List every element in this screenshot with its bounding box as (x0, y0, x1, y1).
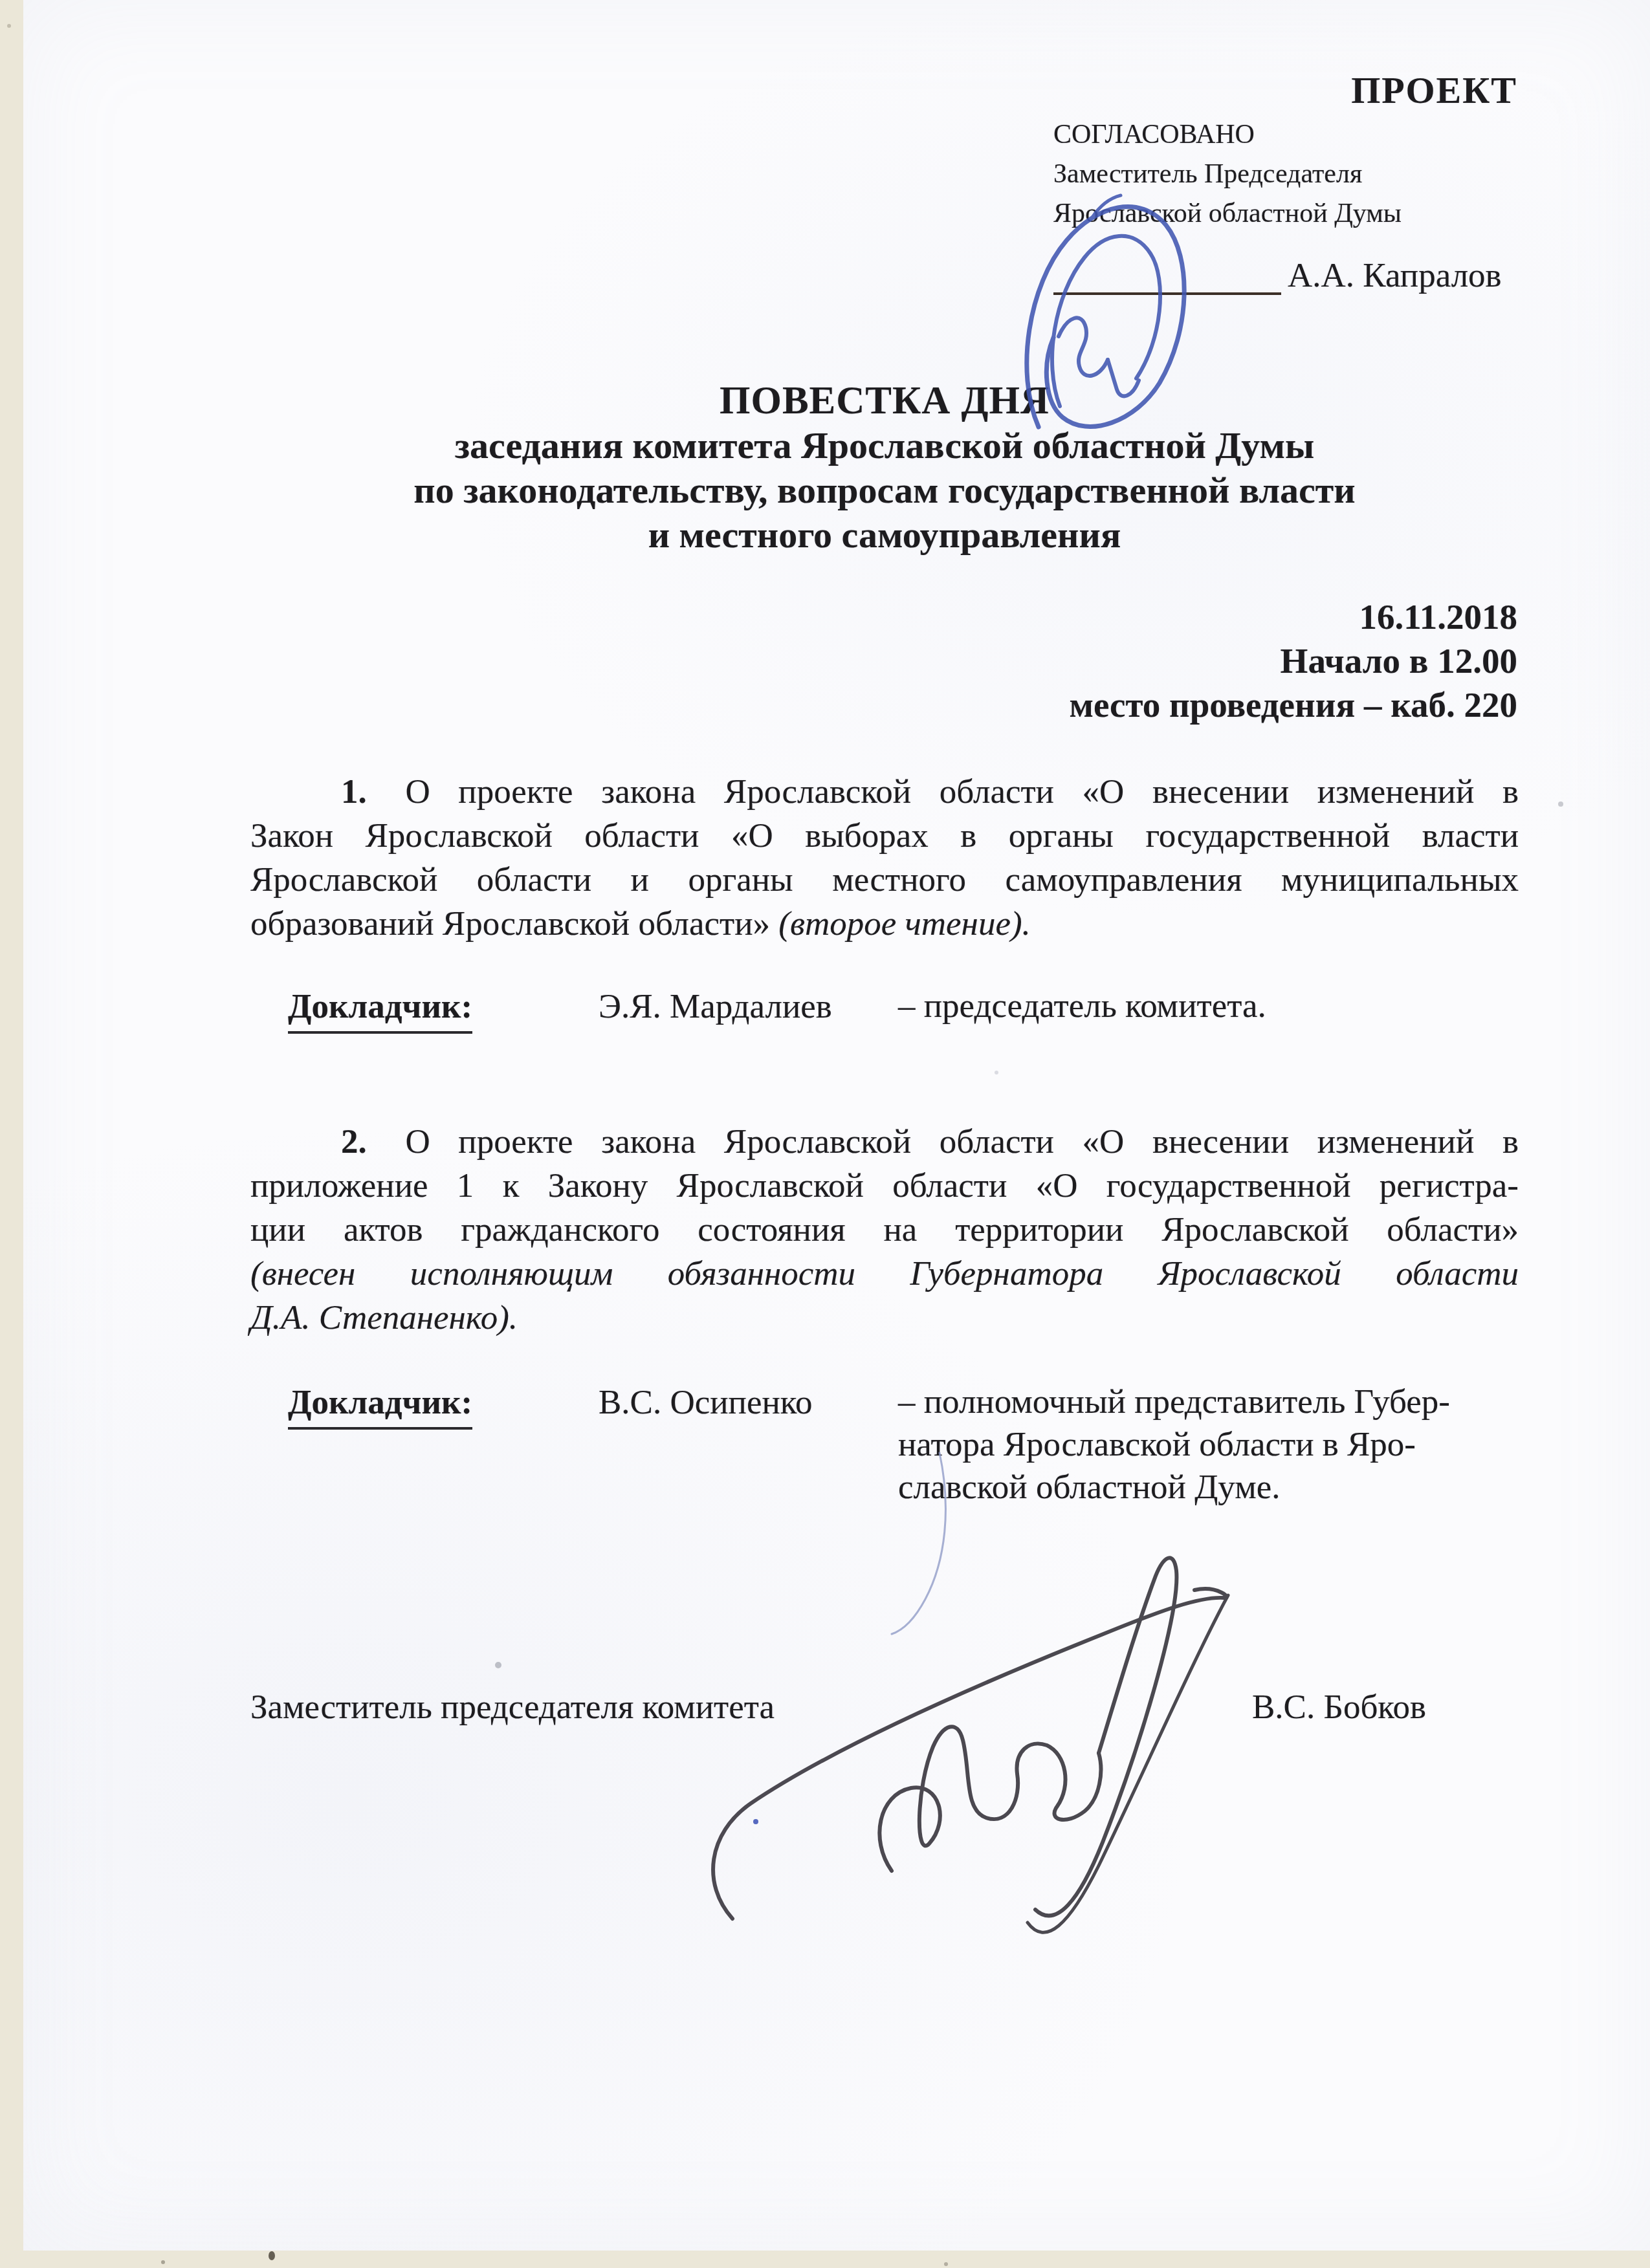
approver-title-line: Ярославской областной Думы (1053, 194, 1402, 234)
agenda-item-2: 2. О проекте закона Ярославской области … (250, 1120, 1519, 1340)
approver-title-line: Заместитель Председателя (1053, 155, 1402, 194)
approval-block: СОГЛАСОВАНО Заместитель Председателя Яро… (1053, 115, 1402, 234)
item-number: 2. (341, 1123, 367, 1161)
meeting-date: 16.11.2018 (1069, 595, 1517, 639)
item-note-line: Д.А. Степаненко). (250, 1296, 1519, 1340)
agenda-title-line: по законодательству, вопросам государств… (250, 468, 1519, 512)
item-text-line: 2. О проекте закона Ярославской области … (250, 1120, 1519, 1164)
speaker-role-line: славской областной Думе. (898, 1466, 1539, 1509)
item-text-line: Ярославской области и органы местного са… (250, 858, 1519, 902)
speaker-role-line: – полномочный представитель Губер- (898, 1380, 1539, 1423)
item-text-line: Закон Ярославской области «О выборах в о… (250, 814, 1519, 858)
scanned-document: ПРОЕКТ СОГЛАСОВАНО Заместитель Председат… (0, 0, 1650, 2268)
approval-status: СОГЛАСОВАНО (1053, 115, 1402, 155)
agenda-title-line: и местного самоуправления (250, 512, 1519, 557)
item-text-line: образований Ярославской области» (второе… (250, 902, 1519, 946)
footer-signer-name: В.С. Бобков (1252, 1685, 1426, 1729)
speaker-role-line: натора Ярославской области в Яро- (898, 1423, 1539, 1466)
meeting-time: Начало в 12.00 (1069, 639, 1517, 683)
item-note-line: (внесен исполняющим обязанности Губернат… (250, 1252, 1519, 1296)
agenda-item-1: 1. О проекте закона Ярославской области … (250, 770, 1519, 946)
speaker-label: Докладчик: (288, 1380, 472, 1430)
footer-signer-title: Заместитель председателя комитета (250, 1685, 775, 1729)
item-text-line: ции актов гражданского состояния на терр… (250, 1208, 1519, 1252)
speaker-name: В.С. Осипенко (599, 1380, 812, 1424)
approver-name: А.А. Капралов (1288, 254, 1502, 298)
speaker-role: – председатель комитета. (898, 985, 1539, 1027)
speaker-name: Э.Я. Мардалиев (599, 985, 832, 1029)
speaker-role: – полномочный представитель Губер- натор… (898, 1380, 1539, 1509)
item-number: 1. (341, 773, 367, 811)
meeting-place: место проведения – каб. 220 (1069, 683, 1517, 727)
signature-line (1053, 292, 1281, 295)
item-note: (второе чтение). (778, 905, 1031, 943)
draft-label: ПРОЕКТ (1351, 69, 1517, 113)
speaker-label: Докладчик: (288, 985, 472, 1034)
agenda-title-line: ПОВЕСТКА ДНЯ (250, 378, 1519, 423)
item-text-line: приложение 1 к Закону Ярославской област… (250, 1164, 1519, 1208)
agenda-title-line: заседания комитета Ярославской областной… (250, 423, 1519, 468)
meeting-info: 16.11.2018 Начало в 12.00 место проведен… (1069, 595, 1517, 727)
agenda-title: ПОВЕСТКА ДНЯ заседания комитета Ярославс… (250, 378, 1519, 557)
item-text-line: 1. О проекте закона Ярославской области … (250, 770, 1519, 814)
